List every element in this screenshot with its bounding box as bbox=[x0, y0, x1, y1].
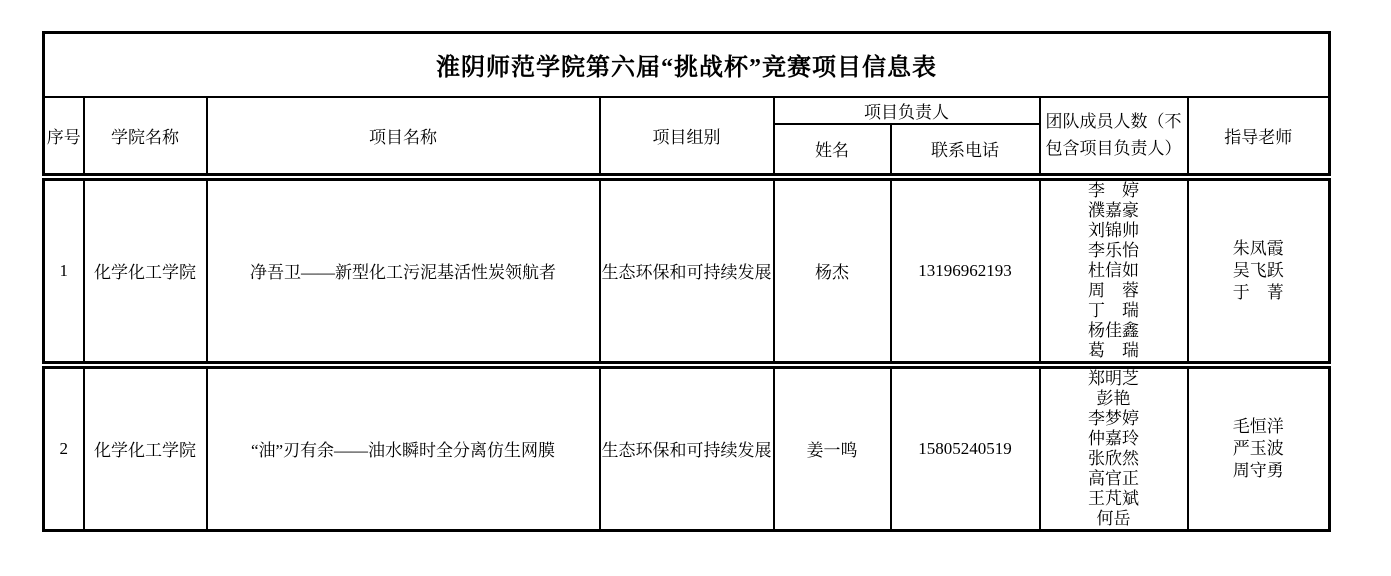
cell-r2-advisors: 毛恒洋 严玉波 周守勇 bbox=[1188, 365, 1330, 531]
col-header-leader-name: 姓名 bbox=[774, 124, 891, 177]
table-title: 淮阴师范学院第六届“挑战杯”竞赛项目信息表 bbox=[44, 33, 1330, 97]
col-header-project-group: 项目组别 bbox=[600, 97, 774, 177]
cell-r1-index: 1 bbox=[44, 177, 84, 365]
col-header-advisors: 指导老师 bbox=[1188, 97, 1330, 177]
col-header-project-name: 项目名称 bbox=[207, 97, 600, 177]
header-row-top: 序号 学院名称 项目名称 项目组别 项目负责人 团队成员人数（不包含项目负责人）… bbox=[44, 97, 1330, 124]
cell-r1-project-group: 生态环保和可持续发展 bbox=[600, 177, 774, 365]
document-page: 淮阴师范学院第六届“挑战杯”竞赛项目信息表 序号 学院名称 项目名称 项目组别 … bbox=[0, 0, 1391, 576]
title-row: 淮阴师范学院第六届“挑战杯”竞赛项目信息表 bbox=[44, 33, 1330, 97]
col-header-college: 学院名称 bbox=[84, 97, 207, 177]
col-header-team-members: 团队成员人数（不包含项目负责人） bbox=[1040, 97, 1188, 177]
table-row-1: 1 化学化工学院 净吾卫——新型化工污泥基活性炭领航者 生态环保和可持续发展 杨… bbox=[44, 177, 1330, 365]
cell-r2-college: 化学化工学院 bbox=[84, 365, 207, 531]
cell-r2-project-group: 生态环保和可持续发展 bbox=[600, 365, 774, 531]
cell-r1-advisors: 朱凤霞 吴飞跃 于 菁 bbox=[1188, 177, 1330, 365]
project-info-table: 淮阴师范学院第六届“挑战杯”竞赛项目信息表 序号 学院名称 项目名称 项目组别 … bbox=[42, 31, 1331, 532]
cell-r1-project-name: 净吾卫——新型化工污泥基活性炭领航者 bbox=[207, 177, 600, 365]
cell-r1-college: 化学化工学院 bbox=[84, 177, 207, 365]
col-header-leader-group: 项目负责人 bbox=[774, 97, 1040, 124]
cell-r2-leader-name: 姜一鸣 bbox=[774, 365, 891, 531]
cell-r1-leader-phone: 13196962193 bbox=[891, 177, 1040, 365]
col-header-leader-phone: 联系电话 bbox=[891, 124, 1040, 177]
cell-r2-index: 2 bbox=[44, 365, 84, 531]
cell-r2-project-name: “油”刃有余——油水瞬时全分离仿生网膜 bbox=[207, 365, 600, 531]
table-row-2: 2 化学化工学院 “油”刃有余——油水瞬时全分离仿生网膜 生态环保和可持续发展 … bbox=[44, 365, 1330, 531]
cell-r2-team-members: 郑明芝 彭艳 李梦婷 仲嘉玲 张欣然 高官正 王芃斌 何岳 bbox=[1040, 365, 1188, 531]
cell-r1-leader-name: 杨杰 bbox=[774, 177, 891, 365]
cell-r2-leader-phone: 15805240519 bbox=[891, 365, 1040, 531]
cell-r1-team-members: 李 婷 濮嘉豪 刘锦帅 李乐怡 杜信如 周 蓉 丁 瑞 杨佳鑫 葛 瑞 bbox=[1040, 177, 1188, 365]
col-header-index: 序号 bbox=[44, 97, 84, 177]
